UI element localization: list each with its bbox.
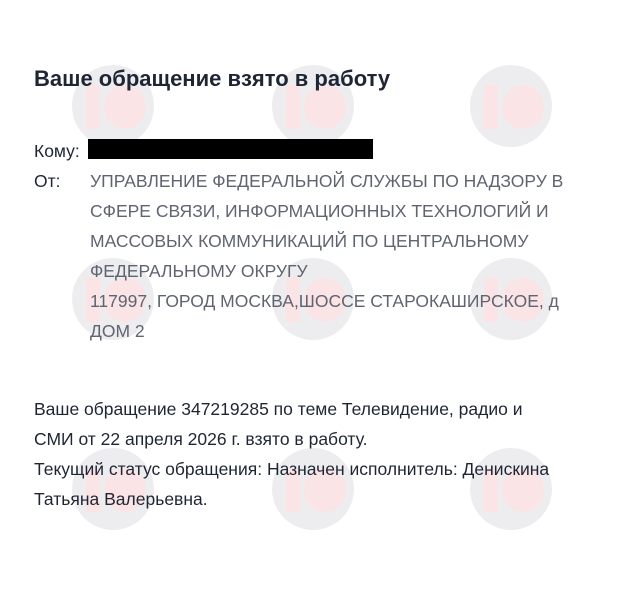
message-body: Ваше обращение 347219285 по теме Телевид… bbox=[34, 394, 614, 514]
page-title: Ваше обращение взято в работу bbox=[34, 66, 390, 92]
status-line: Текущий статус обращения: Назначен испол… bbox=[34, 454, 614, 484]
sender-line: УПРАВЛЕНИЕ ФЕДЕРАЛЬНОЙ СЛУЖБЫ ПО НАДЗОРУ… bbox=[90, 166, 640, 196]
message-line: Ваше обращение 347219285 по теме Телевид… bbox=[34, 394, 614, 424]
sender-address-line: ДОМ 2 bbox=[90, 316, 640, 346]
sender-label: От: bbox=[34, 166, 61, 196]
sender-address-line: 117997, ГОРОД МОСКВА,ШОССЕ СТАРОКАШИРСКО… bbox=[90, 286, 640, 316]
message-line: СМИ от 22 апреля 2026 г. взято в работу. bbox=[34, 424, 614, 454]
recipient-redacted-value bbox=[88, 139, 373, 159]
sender-line: МАССОВЫХ КОММУНИКАЦИЙ ПО ЦЕНТРАЛЬНОМУ bbox=[90, 226, 640, 256]
sender-line: СФЕРЕ СВЯЗИ, ИНФОРМАЦИОННЫХ ТЕХНОЛОГИЙ И bbox=[90, 196, 640, 226]
sender-line: ФЕДЕРАЛЬНОМУ ОКРУГУ bbox=[90, 256, 640, 286]
sender-text: УПРАВЛЕНИЕ ФЕДЕРАЛЬНОЙ СЛУЖБЫ ПО НАДЗОРУ… bbox=[90, 166, 640, 346]
status-line: Татьяна Валерьевна. bbox=[34, 484, 614, 514]
recipient-label: Кому: bbox=[34, 141, 80, 161]
email-notification: Ваше обращение взято в работу Кому: От: … bbox=[0, 0, 640, 598]
recipient-row: Кому: bbox=[34, 136, 80, 166]
